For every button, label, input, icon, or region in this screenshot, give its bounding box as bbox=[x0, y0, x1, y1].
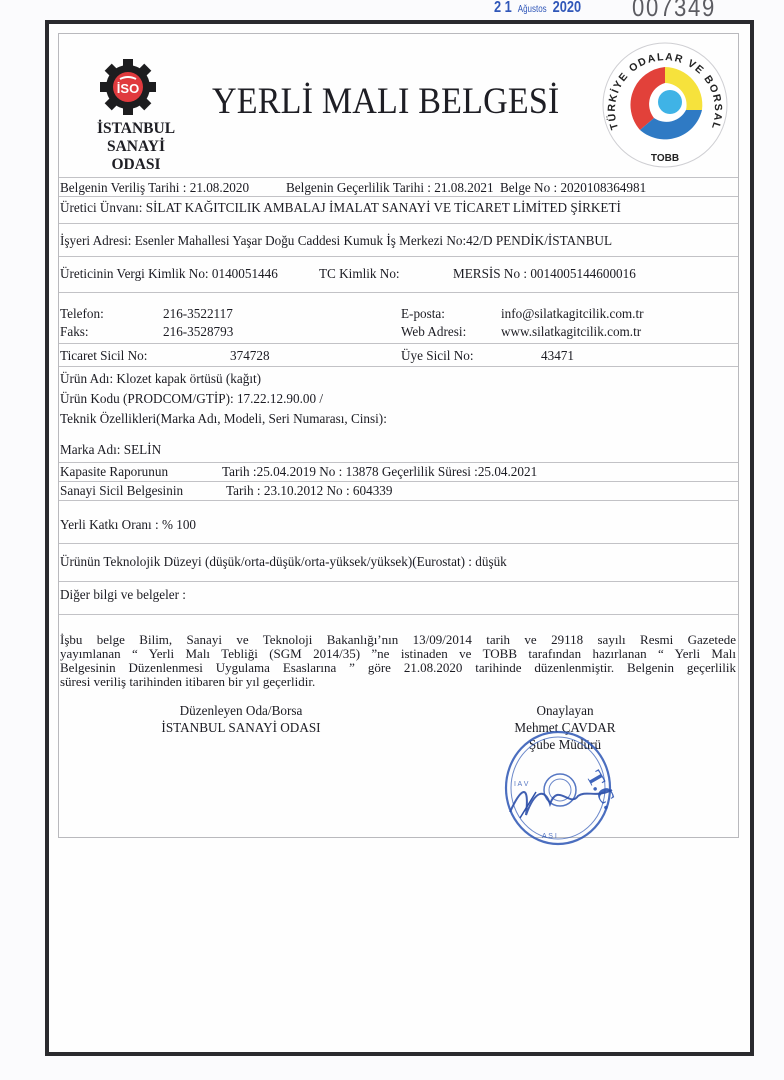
svg-text:İSO: İSO bbox=[117, 81, 139, 96]
issue-date: 21.08.2020 bbox=[190, 180, 249, 195]
doc-no-row: Belge No : 2020108364981 bbox=[500, 180, 646, 196]
local-ratio-value: % 100 bbox=[162, 517, 196, 532]
stamp-month: Ağustos bbox=[518, 4, 547, 15]
validity-date: 21.08.2021 bbox=[434, 180, 493, 195]
local-ratio-row: Yerli Katkı Oranı : % 100 bbox=[60, 517, 196, 533]
web-label: Web Adresi: bbox=[401, 324, 466, 340]
issuer-name: İSTANBUL SANAYİ ODASI bbox=[130, 720, 352, 736]
divider bbox=[59, 614, 738, 615]
divider bbox=[59, 223, 738, 224]
phone: 216-3522117 bbox=[163, 306, 233, 322]
phone-label: Telefon: bbox=[60, 306, 104, 322]
divider bbox=[59, 196, 738, 197]
mersis-row: MERSİS No : 0014005144600016 bbox=[453, 266, 636, 282]
tax-row: Üreticinin Vergi Kimlik No: 0140051446 bbox=[60, 266, 278, 282]
industry-reg-label: Sanayi Sicil Belgesinin bbox=[60, 483, 183, 499]
capacity-report-label: Kapasite Raporunun bbox=[60, 464, 168, 480]
svg-text:T.C.: T.C. bbox=[582, 766, 618, 813]
email: info@silatkagitcilik.com.tr bbox=[501, 306, 644, 322]
industry-reg-detail: Tarih : 23.10.2012 No : 604339 bbox=[226, 483, 392, 499]
tc-label: TC Kimlik No: bbox=[319, 266, 400, 282]
divider bbox=[59, 343, 738, 344]
issuer-label: Düzenleyen Oda/Borsa bbox=[130, 703, 352, 719]
mersis-no: 0014005144600016 bbox=[530, 266, 636, 281]
product-code: 17.22.12.90.00 / bbox=[237, 391, 323, 406]
svg-text:A S I: A S I bbox=[542, 833, 557, 840]
legal-statement: İşbu belge Bilim, Sanayi ve Teknoloji Ba… bbox=[60, 633, 736, 689]
other-docs-label: Diğer bilgi ve belgeler : bbox=[60, 587, 186, 603]
fax: 216-3528793 bbox=[163, 324, 233, 340]
tech-level-row: Ürünün Teknolojik Düzeyi (düşük/orta-düş… bbox=[60, 554, 507, 570]
email-label: E-posta: bbox=[401, 306, 445, 322]
stamp-day: 2 1 bbox=[494, 0, 512, 16]
address: Esenler Mahallesi Yaşar Doğu Caddesi Kum… bbox=[135, 233, 612, 248]
divider bbox=[59, 543, 738, 544]
web: www.silatkagitcilik.com.tr bbox=[501, 324, 641, 340]
received-date-stamp: 2 1 Ağustos 2020 bbox=[494, 0, 581, 17]
stamp-year: 2020 bbox=[553, 0, 581, 16]
divider bbox=[59, 292, 738, 293]
divider bbox=[59, 500, 738, 501]
approver-label: Onaylayan bbox=[500, 703, 630, 719]
iso-gear-logo-icon: İSO bbox=[98, 57, 158, 117]
document-title: YERLİ MALI BELGESİ bbox=[212, 80, 559, 123]
svg-text:TOBB: TOBB bbox=[651, 153, 679, 164]
iso-name-line2: SANAYİ ODASI bbox=[81, 138, 191, 174]
capacity-report-detail: Tarih :25.04.2019 No : 13878 Geçerlilik … bbox=[222, 464, 537, 480]
tobb-logo-icon: TÜRKİYE ODALAR VE BORSALAR BİRLİĞİ TOBB bbox=[596, 40, 734, 170]
member-reg-label: Üye Sicil No: bbox=[401, 348, 474, 364]
tax-no: 0140051446 bbox=[212, 266, 278, 281]
doc-no: 2020108364981 bbox=[560, 180, 646, 195]
tech-specs-label: Teknik Özellikleri(Marka Adı, Modeli, Se… bbox=[60, 411, 387, 427]
iso-name-line1: İSTANBUL bbox=[81, 120, 191, 138]
product-code-row: Ürün Kodu (PRODCOM/GTİP): 17.22.12.90.00… bbox=[60, 391, 323, 407]
tech-level-value: düşük bbox=[475, 554, 507, 569]
producer-row: Üretici Ünvanı: SİLAT KAĞITCILIK AMBALAJ… bbox=[60, 200, 621, 216]
divider bbox=[59, 581, 738, 582]
fax-label: Faks: bbox=[60, 324, 89, 340]
brand-name: SELİN bbox=[124, 442, 161, 457]
member-reg-no: 43471 bbox=[541, 348, 574, 364]
divider bbox=[59, 481, 738, 482]
trade-reg-no: 374728 bbox=[230, 348, 270, 364]
svg-text:I A V: I A V bbox=[514, 781, 529, 788]
divider bbox=[59, 366, 738, 367]
divider bbox=[59, 256, 738, 257]
official-seal-icon: T.C. I A V A S I bbox=[500, 720, 618, 848]
divider bbox=[59, 462, 738, 463]
validity-date-row: Belgenin Geçerlilik Tarihi : 21.08.2021 bbox=[286, 180, 494, 196]
iso-name: İSTANBUL SANAYİ ODASI bbox=[81, 120, 191, 174]
issue-date-row: Belgenin Veriliş Tarihi : 21.08.2020 bbox=[60, 180, 249, 196]
product-name-row: Ürün Adı: Klozet kapak örtüsü (kağıt) bbox=[60, 371, 261, 387]
brand-row: Marka Adı: SELİN bbox=[60, 442, 161, 458]
address-row: İşyeri Adresi: Esenler Mahallesi Yaşar D… bbox=[60, 233, 612, 249]
product-name: Klozet kapak örtüsü (kağıt) bbox=[116, 371, 261, 386]
trade-reg-label: Ticaret Sicil No: bbox=[60, 348, 147, 364]
divider bbox=[59, 177, 738, 178]
producer-name: SİLAT KAĞITCILIK AMBALAJ İMALAT SANAYİ V… bbox=[146, 200, 621, 215]
